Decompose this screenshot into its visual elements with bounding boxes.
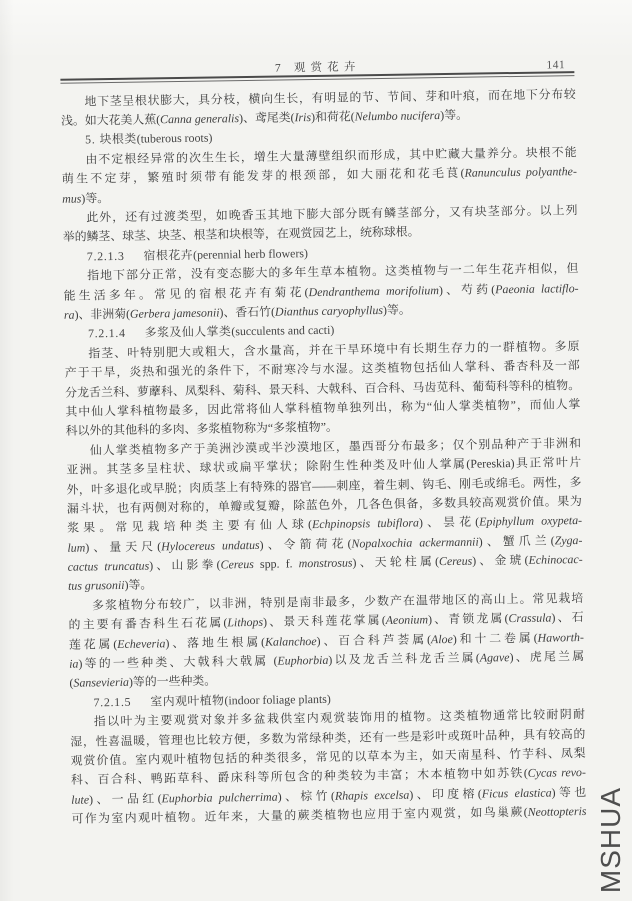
latin-name: Crassula	[508, 611, 551, 626]
latin-name: Nopalxochia ackermannii	[351, 534, 478, 550]
latin-name: Agave	[480, 650, 510, 664]
latin-name: ra	[64, 308, 75, 322]
text-run: )、虎尾兰属	[509, 649, 584, 664]
text-run: 地下茎呈根状膨大，具分枝，横向生长，有明显的节、节间、芽和叶痕，而在地下分布较	[84, 87, 575, 108]
watermark-text: MSHUA	[597, 785, 625, 895]
latin-name: Dianthus caryophyllus	[275, 303, 383, 319]
text-run: )等的一些种类。	[129, 674, 216, 689]
paragraph-succulents-definition: 指茎、叶特别肥大或粗大，含水量高，并在干旱环境中有长期生存力的一群植物。多原 产…	[64, 337, 580, 442]
book-page: 7 观赏花卉 141 地下茎呈根状膨大，具分枝，横向生长，有明显的节、节间、芽和…	[0, 0, 632, 901]
latin-name: Paeonia lactiflo-	[495, 281, 579, 296]
text-run: )、令箭荷花(	[259, 536, 351, 551]
text-run: )、昙花(	[419, 515, 479, 530]
text-run: )、石	[551, 610, 583, 624]
section-number: 7.2.1.5	[93, 695, 131, 710]
text-run: spp. f.	[254, 556, 299, 571]
text-run: )、天轮柱属(	[352, 554, 439, 569]
latin-name: lum	[67, 540, 85, 554]
latin-name: Ranunculus polyanthe-	[464, 164, 577, 180]
latin-name: Echeveria	[117, 636, 165, 651]
text-run: )、印度榕(	[409, 786, 482, 801]
heading-title-english: (tuberous roots)	[137, 131, 213, 146]
section-title-english: (succulents and cacti)	[231, 323, 334, 339]
text-run: 能生活多年。常见的宿根花卉有菊花(	[64, 285, 309, 303]
latin-name: Zyga-	[555, 533, 583, 547]
text-run: )、景天科莲花掌属(	[263, 613, 386, 629]
text-run: 举的鳞茎、球茎、块茎、根茎和块根等，在观赏园艺上，统称球根。	[63, 225, 420, 244]
latin-name: lute	[71, 792, 89, 806]
section-number: 7.2.1.4	[88, 326, 126, 341]
latin-name: Cycas revo-	[528, 765, 586, 780]
text-run: )、蟹爪兰(	[479, 533, 555, 548]
text-run: )、棕竹(	[278, 789, 335, 804]
text-run: )等。	[440, 108, 468, 122]
latin-name: Lithops	[227, 615, 263, 630]
latin-name: Haworth-	[537, 630, 583, 645]
text-run: )、落地生根属(	[165, 634, 265, 649]
text-run: 萌生不定芽，繁殖时须带有能发芽的根颈部，如大丽花和花毛茛(	[62, 166, 465, 186]
section-title: 多浆及仙人掌类	[145, 325, 232, 340]
section-number: 7.2.1.3	[87, 249, 125, 264]
latin-name: Echinocac-	[528, 552, 582, 567]
latin-name: Aeonium	[386, 613, 428, 628]
section-title-english: (indoor foliage plants)	[224, 692, 331, 708]
text-run: )、一品红(	[89, 791, 162, 806]
latin-name: Aloe	[431, 632, 453, 646]
latin-name: Hylocereus undatus	[161, 538, 260, 553]
latin-name: Ficus elastica	[482, 785, 552, 800]
latin-name: Cereus	[439, 554, 472, 568]
latin-name: Epiphyllum oxypeta-	[479, 513, 582, 529]
text-run: )、量天尺(	[85, 539, 161, 554]
text-run: )、金琥(	[472, 553, 529, 568]
latin-name: Iris	[294, 110, 311, 124]
latin-name: Euphorbia	[277, 653, 328, 668]
text-run: )等也	[551, 785, 586, 800]
paragraph-cacti: 仙人掌类植物多产于美洲沙漠或半沙漠地区，墨西哥分布最多；仅个别品种产于非洲和 亚…	[66, 434, 583, 597]
text-run: )、鸢尾类(	[239, 110, 295, 125]
heading-title: 块根类	[100, 132, 137, 147]
text-run: 可作为室内观叶植物。近年来，大量的蕨类植物也应用于室内观赏，如鸟巢蕨(	[71, 805, 527, 826]
latin-name: Kalanchoe	[265, 634, 317, 649]
text-run: 科以外的其他科的多肉、多浆植物称为“多浆植物”。	[66, 420, 338, 438]
text-run: 莲花属(	[69, 637, 118, 652]
paragraph-perennials: 指地下部分正常，没有变态膨大的多年生草本植物。这类植物与一二年生花卉相似，但 能…	[63, 259, 579, 325]
section-title-english: (perennial herb flowers)	[193, 246, 308, 262]
text-run: )等的一些种类、大戟科大戟属 (	[78, 654, 277, 671]
text-run: )、青锁龙属(	[428, 611, 509, 626]
text-run: )、香石竹(	[219, 305, 275, 320]
latin-name: Nelumbo nucifera	[355, 108, 441, 123]
heading-number: 5.	[85, 133, 96, 147]
text-run: 浅。如大花美人蕉(	[61, 112, 160, 127]
paragraph-indoor-foliage: 指以叶为主要观赏对象并多盆栽供室内观赏装饰用的植物。这类植物通常比较耐阴耐 湿，…	[70, 705, 587, 829]
latin-name: tus grusonii	[68, 578, 125, 593]
text-run: )和十二卷属(	[453, 630, 538, 645]
text-run: 浆果。常见栽培种类主要有仙人球(	[67, 517, 312, 535]
body-text: 地下茎呈根状膨大，具分枝，横向生长，有明显的节、节间、芽和叶痕，而在地下分布较 …	[61, 85, 587, 829]
text-run: )、百合科芦荟属(	[316, 632, 431, 648]
latin-name: Dendranthema morifolium	[308, 283, 439, 299]
latin-name: monstrosus	[299, 556, 353, 571]
paragraph-tuberous-roots: 由不定根经异常的次生生长，增生大量薄壁组织而形成，其中贮藏大量养分。块根不能 萌…	[61, 143, 577, 209]
text-run: 的主要有番杏科生石花属(	[68, 616, 227, 632]
latin-name: Cereus	[220, 557, 253, 571]
latin-name: cactus truncatus	[68, 559, 150, 574]
text-run: )和荷花(	[311, 109, 355, 124]
latin-name: Sansevieria	[73, 675, 129, 690]
latin-name: Echpinopsis tubiflora	[312, 516, 419, 532]
text-run: )等。	[81, 191, 109, 205]
latin-name: Gerbera jamesonii	[130, 305, 220, 320]
text-run: )、非洲菊(	[74, 307, 130, 322]
latin-name: Euphorbia pulcherrima	[161, 789, 277, 805]
text-run: )等。	[383, 303, 411, 317]
text-run: )以及龙舌兰科龙舌兰属(	[328, 651, 480, 667]
latin-name: mus	[62, 191, 81, 205]
latin-name: Rhapis excelsa	[335, 787, 410, 802]
section-title: 宿根花卉	[143, 248, 193, 263]
text-run: )、山影拳(	[149, 558, 221, 573]
paragraph-succulent-genera: 多浆植物分布较广，以非洲，特别是南非最多，少数产在温带地区的高山上。常见栽培 的…	[68, 589, 584, 694]
text-run: )等。	[124, 578, 152, 592]
section-title: 室内观叶植物	[150, 693, 224, 708]
text-run: )、芍药(	[439, 282, 495, 297]
latin-name: Canna generalis	[160, 111, 239, 126]
latin-name: Neottopteris	[528, 804, 587, 819]
